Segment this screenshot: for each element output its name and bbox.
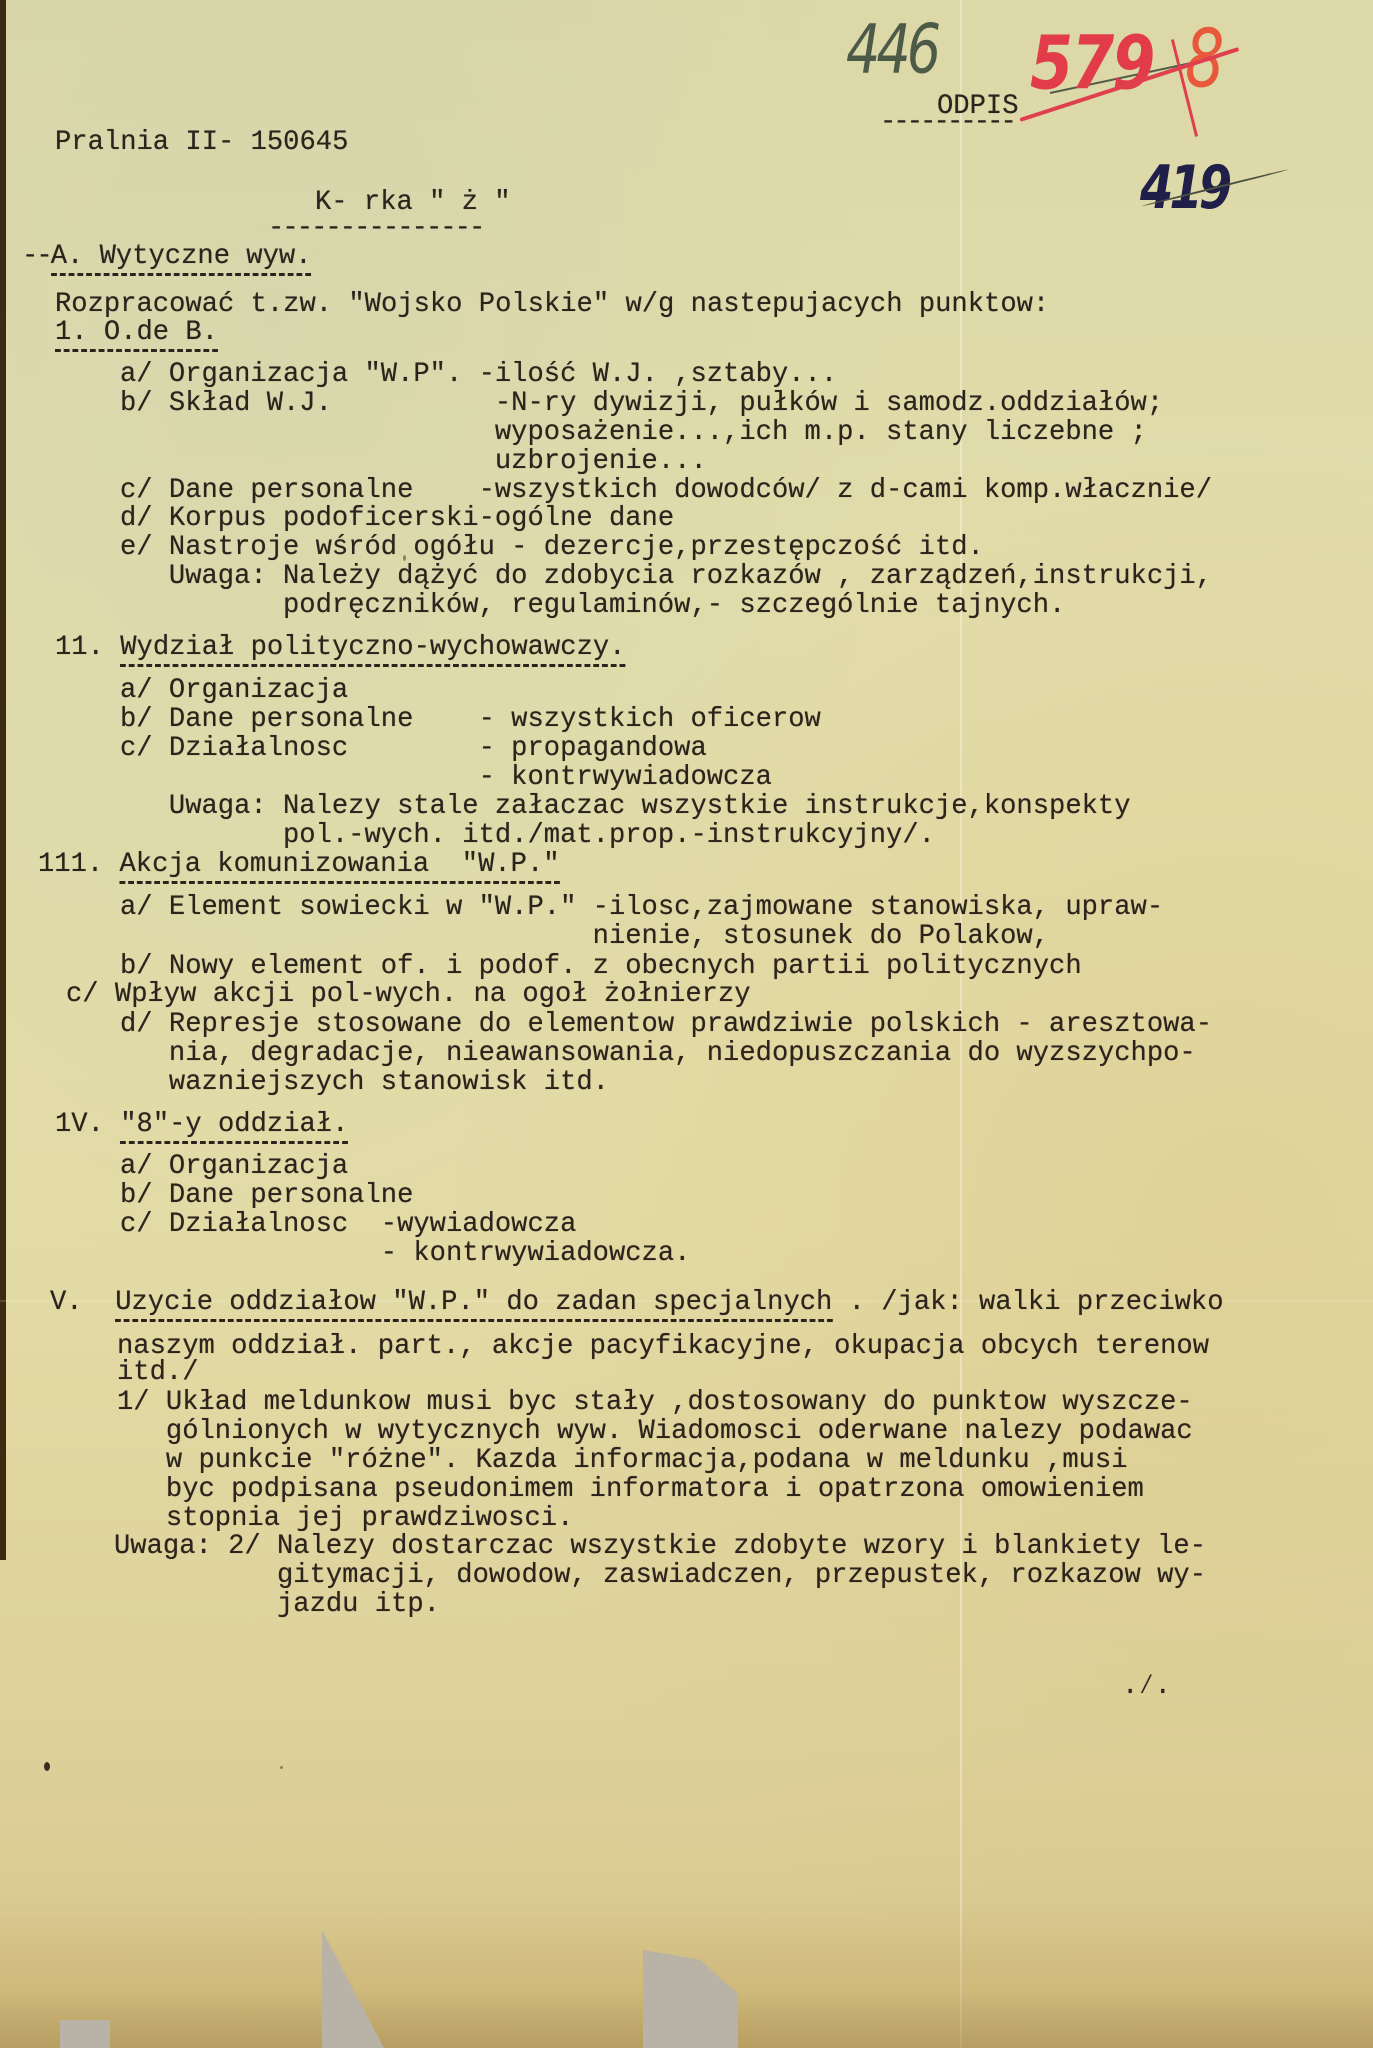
section-5-line: naszym oddział. part., akcje pacyfikacyj…: [117, 1332, 1209, 1362]
page-edge-shadow: [0, 0, 6, 1560]
document-page: 446 579 8 419 ODPIS ---------- Pralnia I…: [0, 0, 1373, 2048]
section-1-line: e/ Nastroje wśród ogółu - dezercje,przes…: [120, 533, 984, 563]
section-4-line: - kontrwywiadowcza.: [120, 1239, 690, 1269]
section-3-line: nienie, stosunek do Polakow,: [120, 922, 1049, 952]
section-3-line: b/ Nowy element of. i podof. z obecnych …: [120, 952, 1082, 982]
section-a-intro: Rozpracować t.zw. "Wojsko Polskie" w/g n…: [55, 290, 1049, 320]
section-4-line: a/ Organizacja: [120, 1152, 348, 1182]
handwritten-number-red: 579: [1030, 19, 1153, 107]
section-4-line: b/ Dane personalne: [120, 1181, 413, 1211]
section-1-line: b/ Skład W.J. -N-ry dywizji, pułków i sa…: [120, 389, 1163, 419]
section-1-line: wyposażenie...,ich m.p. stany liczebne ;: [120, 418, 1147, 448]
section-5-line: 1/ Układ meldunkow musi byc stały ,dosto…: [117, 1388, 1193, 1418]
section-a-heading: --A. Wytyczne wyw.: [22, 242, 311, 272]
section-4-line: c/ Działalnosc -wywiadowcza: [120, 1210, 576, 1240]
section-5-line: byc podpisana pseudonimem informatora i …: [117, 1475, 1144, 1505]
section-1-line: d/ Korpus podoficerski-ogólne dane: [120, 504, 674, 534]
section-2-note: Uwaga: Nalezy stale załaczac wszystkie i…: [120, 792, 1131, 822]
section-2-line: b/ Dane personalne - wszystkich oficerow: [120, 705, 821, 735]
continuation-mark: .∕.: [1122, 1672, 1171, 1702]
section-3-line: c/ Wpływ akcji pol-wych. na ogoł żołnier…: [66, 980, 751, 1010]
section-5-line: itd./: [117, 1358, 198, 1388]
section-5-note: Uwaga: 2/ Nalezy dostarczac wszystkie zd…: [114, 1532, 1206, 1562]
section-5-note: gitymacji, dowodow, zaswiadczen, przepus…: [114, 1561, 1206, 1591]
section-5-line: gólnionych w wytycznych wyw. Wiadomosci …: [117, 1417, 1193, 1447]
section-2-line: a/ Organizacja: [120, 676, 348, 706]
section-2-heading: 11. Wydział polityczno-wychowawczy.: [55, 633, 625, 663]
section-4-heading: 1V. "8"-y oddział.: [55, 1110, 348, 1140]
section-1-heading: 1. O.de B.: [55, 318, 218, 348]
handwritten-number-gray: 446: [846, 10, 937, 89]
odpis-underline: ----------: [880, 108, 1014, 138]
section-2-line: - kontrwywiadowcza: [120, 763, 772, 793]
section-3-line: wazniejszych stanowisk itd.: [120, 1068, 609, 1098]
section-1-line: a/ Organizacja "W.P". -ilość W.J. ,sztab…: [120, 360, 837, 390]
reference-number: Pralnia II- 150645: [55, 128, 348, 158]
ink-spot: [403, 555, 406, 561]
section-1-line: uzbrojenie...: [120, 447, 707, 477]
section-5-heading: V. Uzycie oddziałow "W.P." do zadan spec…: [50, 1288, 1224, 1318]
section-1-note: Uwaga: Należy dążyć do zdobycia rozkazów…: [120, 562, 1212, 592]
section-5-line: stopnia jej prawdziwosci.: [117, 1504, 573, 1534]
section-5-line: w punkcie "różne". Kazda informacja,poda…: [117, 1446, 1128, 1476]
title-underline: ---------------: [268, 214, 483, 244]
section-2-note: pol.-wych. itd./mat.prop.-instrukcyjny/.: [120, 821, 935, 851]
section-2-line: c/ Działalnosc - propagandowa: [120, 734, 707, 764]
ink-spot: [280, 1766, 283, 1769]
ink-spot: [44, 1762, 50, 1771]
section-5-note: jazdu itp.: [114, 1590, 440, 1620]
section-3-heading: 111. Akcja komunizowania "W.P.": [38, 850, 560, 880]
section-3-line: nia, degradacje, nieawansowania, niedopu…: [120, 1039, 1196, 1069]
section-1-note: podręczników, regulaminów,- szczególnie …: [120, 591, 1065, 621]
section-1-line: c/ Dane personalne -wszystkich dowodców/…: [120, 476, 1212, 506]
torn-gap: [60, 2020, 110, 2048]
section-3-line: a/ Element sowiecki w "W.P." -ilosc,zajm…: [120, 893, 1163, 923]
section-3-line: d/ Represje stosowane do elementow prawd…: [120, 1010, 1212, 1040]
